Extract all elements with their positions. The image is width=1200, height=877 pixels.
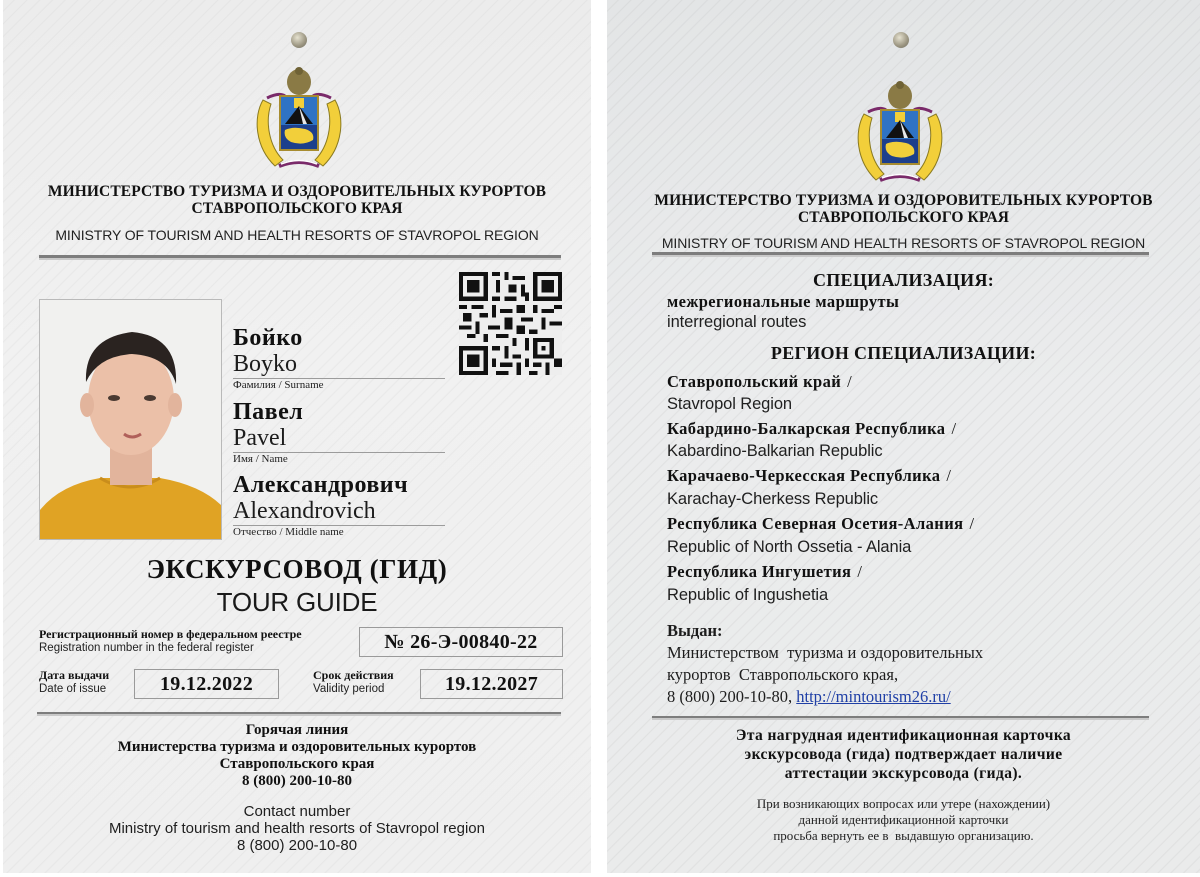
id-card-front: МИНИСТЕРСТВО ТУРИЗМА И ОЗДОРОВИТЕЛЬНЫХ К…: [3, 0, 591, 873]
hotline-block: Горячая линия Министерства туризма и озд…: [3, 722, 591, 790]
issue-date-label-en: Date of issue: [39, 682, 109, 696]
specialization-en: interregional routes: [667, 313, 806, 332]
hotline-region: Ставропольского края: [3, 756, 591, 773]
divider: [39, 255, 561, 260]
region-item-en: Kabardino-Balkarian Republic: [667, 442, 883, 461]
specialization-ru: межрегиональные маршруты: [667, 292, 899, 312]
coat-of-arms-icon: [850, 76, 950, 188]
middle-name-ru: Александрович: [233, 472, 445, 498]
region-item-en: Stavropol Region: [667, 395, 792, 414]
issued-contact: 8 (800) 200-10-80, http://mintourism26.r…: [667, 686, 983, 708]
issued-block: Выдан: Министерством туризма и оздоровит…: [667, 620, 983, 708]
validity-label-en: Validity period: [313, 682, 394, 696]
notice-line2: экскурсовода (гида) подтверждает наличие: [607, 745, 1200, 764]
name-ru: Павел: [233, 399, 445, 425]
issue-date-label-ru: Дата выдачи: [39, 668, 109, 682]
return-line1: При возникающих вопросах или утере (нахо…: [607, 796, 1200, 812]
contact-title: Contact number: [3, 803, 591, 820]
return-line2: данной идентификационной карточки: [607, 812, 1200, 828]
regions-title: РЕГИОН СПЕЦИАЛИЗАЦИИ:: [607, 343, 1200, 364]
surname-caption: Фамилия / Surname: [233, 379, 445, 391]
ministry-website-link[interactable]: http://mintourism26.ru/: [796, 687, 950, 706]
hotline-phone[interactable]: 8 (800) 200-10-80: [3, 773, 591, 790]
region-item-ru: Республика Ингушетия/: [667, 562, 862, 582]
position-title-ru: ЭКСКУРСОВОД (ГИД): [3, 554, 591, 585]
qr-code-icon[interactable]: [459, 272, 562, 375]
notice-line3: аттестации экскурсовода (гида).: [607, 764, 1200, 783]
ministry-name-ru-line2: СТАВРОПОЛЬСКОГО КРАЯ: [607, 209, 1200, 226]
registration-label-ru: Регистрационный номер в федеральном реес…: [39, 627, 302, 641]
middle-name-en: Alexandrovich: [233, 498, 445, 524]
registration-label: Регистрационный номер в федеральном реес…: [39, 627, 302, 655]
region-item-en: Republic of Ingushetia: [667, 586, 828, 605]
hotline-title: Горячая линия: [3, 722, 591, 739]
surname-field: Бойко Boyko Фамилия / Surname: [233, 325, 445, 391]
position-title-en: TOUR GUIDE: [3, 587, 591, 618]
ministry-header: МИНИСТЕРСТВО ТУРИЗМА И ОЗДОРОВИТЕЛЬНЫХ К…: [3, 183, 591, 243]
divider: [652, 252, 1149, 257]
lanyard-hole-icon: [291, 32, 307, 48]
coat-of-arms-icon: [249, 62, 349, 174]
issued-line2: курортов Ставропольского края,: [667, 664, 983, 686]
return-notice: При возникающих вопросах или утере (нахо…: [607, 796, 1200, 844]
return-line3: просьба вернуть ее в выдавшую организаци…: [607, 828, 1200, 844]
issue-date-label: Дата выдачи Date of issue: [39, 668, 109, 696]
ministry-name-en: MINISTRY OF TOURISM AND HEALTH RESORTS O…: [3, 227, 591, 243]
ministry-name-ru-line1: МИНИСТЕРСТВО ТУРИЗМА И ОЗДОРОВИТЕЛЬНЫХ К…: [607, 192, 1200, 209]
notice-block: Эта нагрудная идентификационная карточка…: [607, 726, 1200, 783]
region-item-en: Karachay-Cherkess Republic: [667, 490, 878, 509]
contact-phone[interactable]: 8 (800) 200-10-80: [3, 837, 591, 854]
ministry-header-back: МИНИСТЕРСТВО ТУРИЗМА И ОЗДОРОВИТЕЛЬНЫХ К…: [607, 192, 1200, 251]
region-item-ru: Республика Северная Осетия-Алания/: [667, 514, 974, 534]
notice-line1: Эта нагрудная идентификационная карточка: [607, 726, 1200, 745]
region-item-ru: Кабардино-Балкарская Республика/: [667, 419, 956, 439]
name-caption: Имя / Name: [233, 453, 445, 465]
specialization-title: СПЕЦИАЛИЗАЦИЯ:: [607, 270, 1200, 291]
region-item-ru: Ставропольский край/: [667, 372, 852, 392]
ministry-name-ru-line1: МИНИСТЕРСТВО ТУРИЗМА И ОЗДОРОВИТЕЛЬНЫХ К…: [3, 183, 591, 200]
divider: [37, 712, 561, 716]
hotline-ministry: Министерства туризма и оздоровительных к…: [3, 739, 591, 756]
issue-date-value: 19.12.2022: [134, 669, 279, 699]
ministry-name-ru-line2: СТАВРОПОЛЬСКОГО КРАЯ: [3, 200, 591, 217]
name-field: Павел Pavel Имя / Name: [233, 399, 445, 465]
issued-label: Выдан:: [667, 620, 983, 642]
divider: [652, 716, 1149, 720]
validity-label: Срок действия Validity period: [313, 668, 394, 696]
registration-label-en: Registration number in the federal regis…: [39, 641, 302, 655]
surname-en: Boyko: [233, 351, 445, 377]
surname-ru: Бойко: [233, 325, 445, 351]
lanyard-hole-icon: [893, 32, 909, 48]
validity-value: 19.12.2027: [420, 669, 563, 699]
contact-block: Contact number Ministry of tourism and h…: [3, 803, 591, 854]
ministry-name-en: MINISTRY OF TOURISM AND HEALTH RESORTS O…: [607, 235, 1200, 251]
issued-phone[interactable]: 8 (800) 200-10-80,: [667, 687, 792, 706]
contact-ministry: Ministry of tourism and health resorts o…: [3, 820, 591, 837]
middle-name-caption: Отчество / Middle name: [233, 526, 445, 538]
registration-number: № 26-Э-00840-22: [359, 627, 563, 657]
middle-name-field: Александрович Alexandrovich Отчество / M…: [233, 472, 445, 538]
region-item-ru: Карачаево-Черкесская Республика/: [667, 466, 951, 486]
holder-photo: [39, 299, 222, 540]
name-en: Pavel: [233, 425, 445, 451]
issued-line1: Министерством туризма и оздоровительных: [667, 642, 983, 664]
region-item-en: Republic of North Ossetia - Alania: [667, 538, 911, 557]
validity-label-ru: Срок действия: [313, 668, 394, 682]
